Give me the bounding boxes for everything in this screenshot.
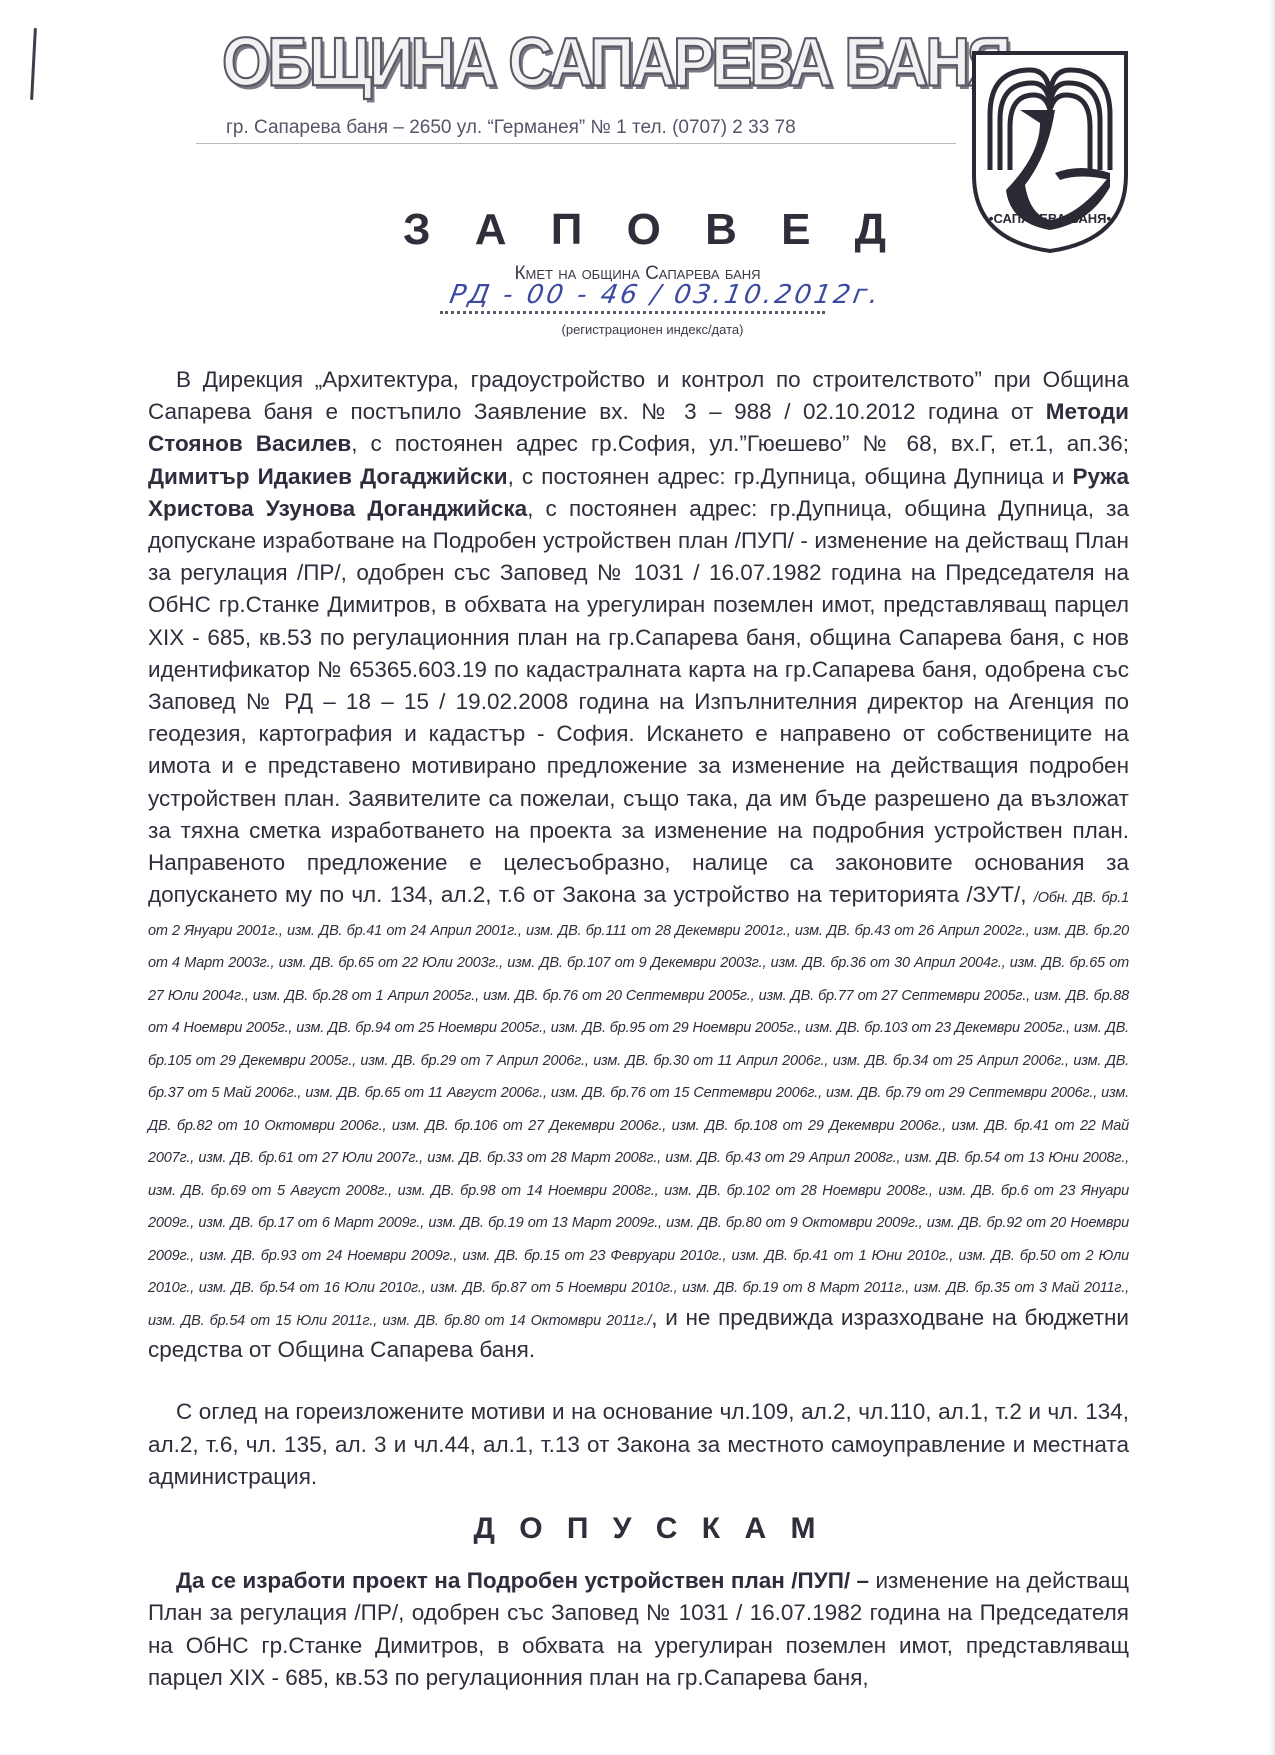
punch-mark	[30, 28, 37, 100]
org-address: гр. Сапарева баня – 2650 ул. “Германея” …	[226, 117, 796, 139]
section-heading-allow: Д О П У С К А М	[148, 1513, 1129, 1545]
decision-lead: Да се изработи проект на Подробен устрой…	[176, 1568, 869, 1593]
paragraph-decision: Да се изработи проект на Подробен устрой…	[148, 1565, 1129, 1694]
document-body: В Дирекция „Архитектура, градоустройство…	[148, 364, 1129, 1694]
registration-caption: (регистрационен индекс/дата)	[0, 322, 1275, 337]
applicant-name: Димитър Идакиев Догаджийски	[148, 464, 508, 489]
letterhead-divider	[196, 143, 956, 144]
law-amendments-list: /Обн. ДВ. бр.1 от 2 Януари 2001г., изм. …	[148, 890, 1129, 1329]
text: , с постоянен адрес: гр.Дупница, община …	[508, 464, 1073, 489]
document-title: З А П О В Е Д	[0, 205, 1275, 255]
registration-dotted-line	[440, 311, 825, 314]
text: , с постоянен адрес: гр.Дупница, община …	[148, 496, 1129, 907]
text: , с постоянен адрес гр.София, ул.”Гюешев…	[351, 431, 1129, 456]
paragraph-request: В Дирекция „Архитектура, градоустройство…	[148, 364, 1129, 1366]
org-name: ОБЩИНА САПАРЕВА БАНЯ	[222, 24, 962, 102]
paragraph-legal-basis: С оглед на гореизложените мотиви и на ос…	[148, 1396, 1129, 1493]
registration-number-handwritten: РД - 00 - 46 / 03.10.2012г.	[447, 280, 883, 310]
text: В Дирекция „Архитектура, градоустройство…	[148, 367, 1129, 424]
